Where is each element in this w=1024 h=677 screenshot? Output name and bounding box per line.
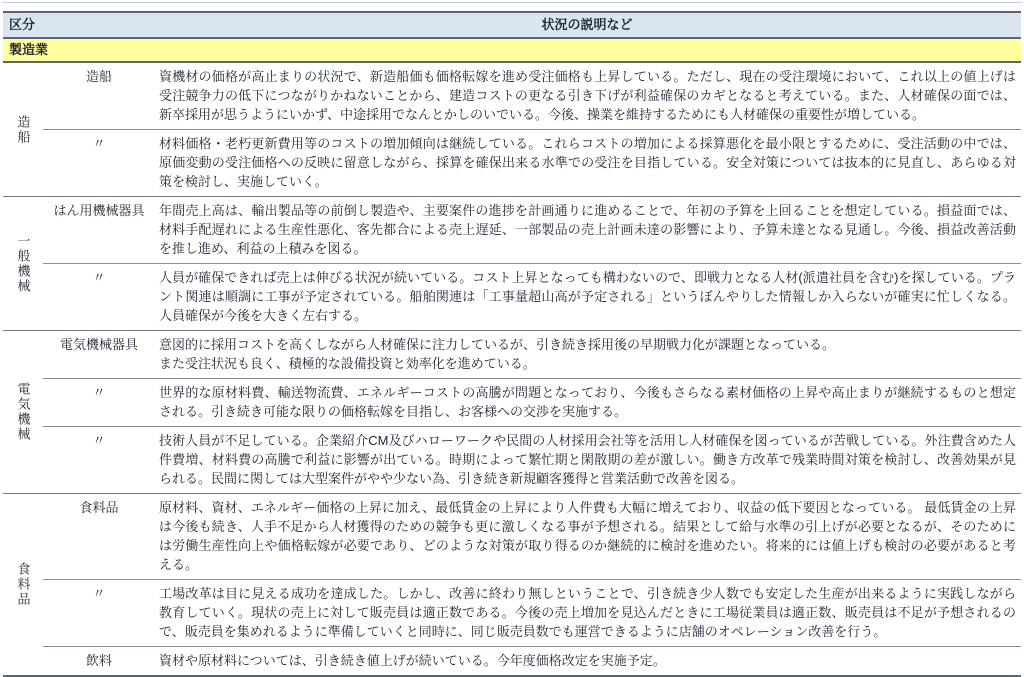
group-general-machinery: 一般機械 はん用機械器具 年間売上高は、輸出製品等の前倒し製造や、主要案件の進捗…	[3, 196, 1021, 330]
report-page: 区分 状況の説明など 製造業 造船 造船 資機材の価格が高止まりの状況で、新造船…	[0, 0, 1024, 677]
table-row: 食料品 原材料、資材、エネルギー価格の上昇に加え、最低賃金の上昇により人件費も大…	[43, 494, 1021, 579]
table-row: 〃 工場改革は目に見える成功を達成した。しかし、改善に終わり無しということで、引…	[43, 579, 1021, 646]
subcategory-cell: 〃	[43, 583, 155, 641]
subcategory-cell: 食料品	[43, 497, 155, 574]
group-label-cell: 食料品	[3, 494, 43, 675]
description-cell: 技術人員が不足している。企業紹介CM及びハローワークや民間の人材採用会社等を活用…	[155, 430, 1021, 488]
description-cell: 資機材の価格が高止まりの状況で、新造船価も価格転嫁を進め受注価格も上昇している。…	[155, 66, 1021, 124]
subcategory-cell: 電気機械器具	[43, 334, 155, 373]
table-row: 〃 人員が確保できれば売上は伸びる状況が続いている。コスト上昇となっても構わない…	[43, 263, 1021, 330]
group-label-food: 食料品	[14, 562, 33, 607]
table-header-row: 区分 状況の説明など	[3, 13, 1021, 39]
description-cell: 資材や原材料については、引き続き値上げが続いている。今年度価格改定を実施予定。	[155, 650, 1021, 670]
description-cell: 意図的に採用コストを高くしながら人材確保に注力しているが、引き続き採用後の早期戦…	[155, 334, 1021, 373]
group-label-shipbuilding: 造船	[14, 115, 33, 145]
description-cell: 世界的な原材料費、輸送物流費、エネルギーコストの高騰が問題となっており、今後もさ…	[155, 382, 1021, 421]
group-label-cell: 造船	[3, 63, 43, 196]
group-label-cell: 電気機械	[3, 331, 43, 493]
table-row: 電気機械器具 意図的に採用コストを高くしながら人材確保に注力しているが、引き続き…	[43, 331, 1021, 378]
group-electric-machinery: 電気機械 電気機械器具 意図的に採用コストを高くしながら人材確保に注力しているが…	[3, 330, 1021, 493]
table-row: はん用機械器具 年間売上高は、輸出製品等の前倒し製造や、主要案件の進捗を計画通り…	[43, 197, 1021, 263]
header-category-cell: 区分	[3, 15, 153, 34]
description-cell: 工場改革は目に見える成功を達成した。しかし、改善に終わり無しということで、引き続…	[155, 583, 1021, 641]
description-cell: 原材料、資材、エネルギー価格の上昇に加え、最低賃金の上昇により人件費も大幅に増え…	[155, 497, 1021, 574]
group-shipbuilding: 造船 造船 資機材の価格が高止まりの状況で、新造船価も価格転嫁を進め受注価格も上…	[3, 63, 1021, 196]
description-cell: 材料価格・老朽更新費用等のコストの増加傾向は継続している。これらコストの増加によ…	[155, 133, 1021, 191]
section-manufacturing-row: 製造業	[3, 39, 1021, 63]
subcategory-cell: 〃	[43, 430, 155, 488]
table-row: 〃 世界的な原材料費、輸送物流費、エネルギーコストの高騰が問題となっており、今後…	[43, 378, 1021, 426]
subcategory-cell: 〃	[43, 133, 155, 191]
status-report-table: 区分 状況の説明など 製造業 造船 造船 資機材の価格が高止まりの状況で、新造船…	[3, 11, 1021, 677]
subcategory-cell: 飲料	[43, 650, 155, 670]
group-food: 食料品 食料品 原材料、資材、エネルギー価格の上昇に加え、最低賃金の上昇により人…	[3, 493, 1021, 675]
subcategory-cell: 造船	[43, 66, 155, 124]
group-label-cell: 一般機械	[3, 197, 43, 330]
subcategory-cell: はん用機械器具	[43, 200, 155, 258]
description-cell: 年間売上高は、輸出製品等の前倒し製造や、主要案件の進捗を計画通りに進めることで、…	[155, 200, 1021, 258]
top-divider	[2, 2, 1022, 3]
table-row: 飲料 資材や原材料については、引き続き値上げが続いている。今年度価格改定を実施予…	[43, 646, 1021, 675]
subcategory-cell: 〃	[43, 382, 155, 421]
group-label-general-machinery: 一般機械	[14, 234, 33, 294]
description-cell: 人員が確保できれば売上は伸びる状況が続いている。コスト上昇となっても構わないので…	[155, 267, 1021, 325]
table-row: 造船 資機材の価格が高止まりの状況で、新造船価も価格転嫁を進め受注価格も上昇して…	[43, 63, 1021, 129]
header-description-cell: 状況の説明など	[153, 15, 1021, 34]
table-row: 〃 技術人員が不足している。企業紹介CM及びハローワークや民間の人材採用会社等を…	[43, 426, 1021, 493]
table-row: 〃 材料価格・老朽更新費用等のコストの増加傾向は継続している。これらコストの増加…	[43, 129, 1021, 196]
group-label-electric-machinery: 電気機械	[14, 382, 33, 442]
subcategory-cell: 〃	[43, 267, 155, 325]
